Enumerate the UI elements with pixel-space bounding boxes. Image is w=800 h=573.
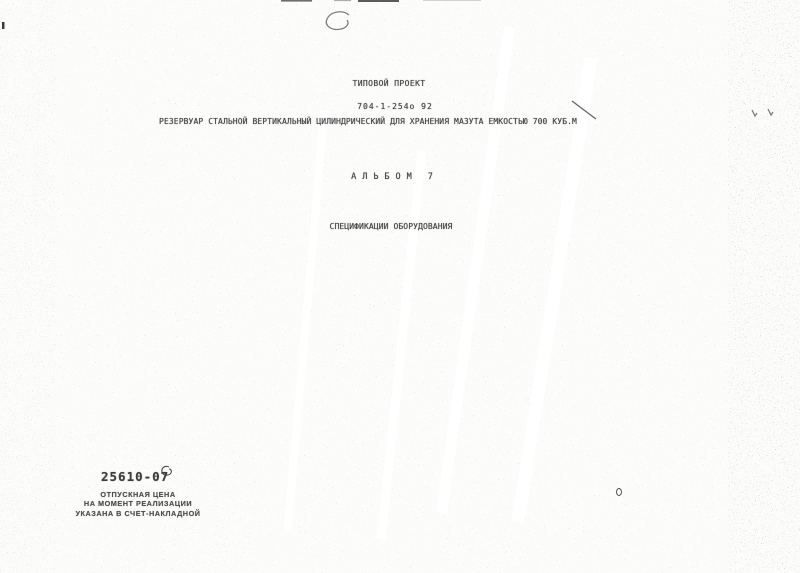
scanned-title-page: ТИПОВОЙ ПРОЕКТ 704-1-254о 92 РЕЗЕРВУАР С… [0,0,800,573]
top-edge-line [281,0,312,2]
top-edge-line [423,0,481,1]
top-edge-line [334,0,351,1]
album-heading: АЛЬБОМ7 [351,172,433,182]
tiny-circle-mark [617,489,622,496]
project-code: 704-1-254о 92 [357,102,433,111]
scan-streak [284,110,329,529]
inventory-number: 25610-07 [101,469,169,484]
document-subtitle: СПЕЦИФИКАЦИИ ОБОРУДОВАНИЯ [330,222,453,231]
corner-tick-mark [2,22,5,29]
album-word: АЛЬБОМ [351,172,418,182]
scan-streak [436,27,515,514]
scan-streak [511,57,597,523]
scan-streak [377,151,427,540]
price-stamp-line-3: УКАЗАНА В СЧЕТ-НАКЛАДНОЙ [76,509,201,518]
document-title: РЕЗЕРВУАР СТАЛЬНОЙ ВЕРТИКАЛЬНЫЙ ЦИЛИНДРИ… [159,117,577,126]
price-stamp: ОТПУСКНАЯ ЦЕНА НА МОМЕНТ РЕАЛИЗАЦИИ УКАЗ… [76,490,201,518]
price-stamp-line-2: НА МОМЕНТ РЕАЛИЗАЦИИ [76,499,201,508]
top-edge-line [358,0,399,2]
document-type-heading: ТИПОВОЙ ПРОЕКТ [352,79,425,88]
handwritten-loop-mark [326,12,349,30]
tiny-tick-mark [752,110,757,116]
tiny-tick-mark [768,109,773,115]
price-stamp-line-1: ОТПУСКНАЯ ЦЕНА [76,490,201,499]
album-number: 7 [428,172,433,182]
